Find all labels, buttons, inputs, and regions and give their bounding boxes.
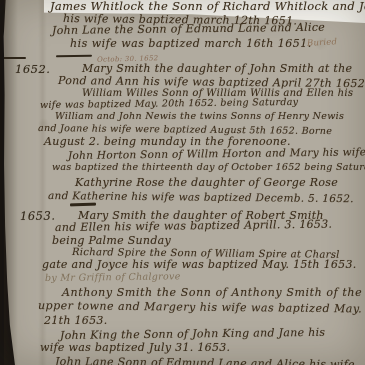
register-line: John Horton Sonn of Willm Horton and Mar… <box>68 146 365 162</box>
register-line: was baptized the thirteenth day of Octob… <box>52 162 365 174</box>
register-line: Kathyrine Rose the daughter of George Ro… <box>75 177 338 189</box>
margin-year-1652: 1652. <box>15 62 50 76</box>
register-line: gate and Joyce his wife was baptized May… <box>42 259 357 271</box>
register-line: John Lane the Sonn of Edmund Lane and Al… <box>52 22 325 37</box>
register-line: August 2. being munday in the forenoone. <box>44 136 291 148</box>
binding-edge <box>0 0 17 365</box>
register-line: John King the Sonn of John King and Jane… <box>60 327 325 342</box>
register-line: William and John Newis the twins Sonns o… <box>55 111 344 123</box>
register-line: Anthony Smith the Sonn of Anthony Smith … <box>62 287 362 299</box>
register-line: Mary Smith the daughter of John Smith at… <box>82 63 352 75</box>
burial-annotation: Buried <box>307 37 338 49</box>
register-line: John Lane Sonn of Edmund Lane and Alice … <box>55 356 355 365</box>
margin-year-1653: 1653. <box>20 209 56 223</box>
register-line: 21th 1653. <box>44 315 108 327</box>
register-line: James Whitlock the Sonn of Richard Whitl… <box>50 0 365 12</box>
register-line: and Ellen his wife was baptized Aprill. … <box>55 219 332 234</box>
manuscript-page: James Whitlock the Sonn of Richard Whitl… <box>0 0 365 365</box>
entry-separator-rule <box>56 55 92 58</box>
register-line: by Mr Griffin of Chalgrove <box>45 271 181 285</box>
register-line: wife was baptized May. 20th 1652. being … <box>40 97 298 112</box>
register-line: being Palme Sunday <box>52 235 171 247</box>
entry-separator-rule <box>70 203 96 206</box>
register-line: his wife was baptized march 16th 1651. <box>70 38 312 50</box>
register-line: wife was baptized July 31. 1653. <box>40 342 230 354</box>
